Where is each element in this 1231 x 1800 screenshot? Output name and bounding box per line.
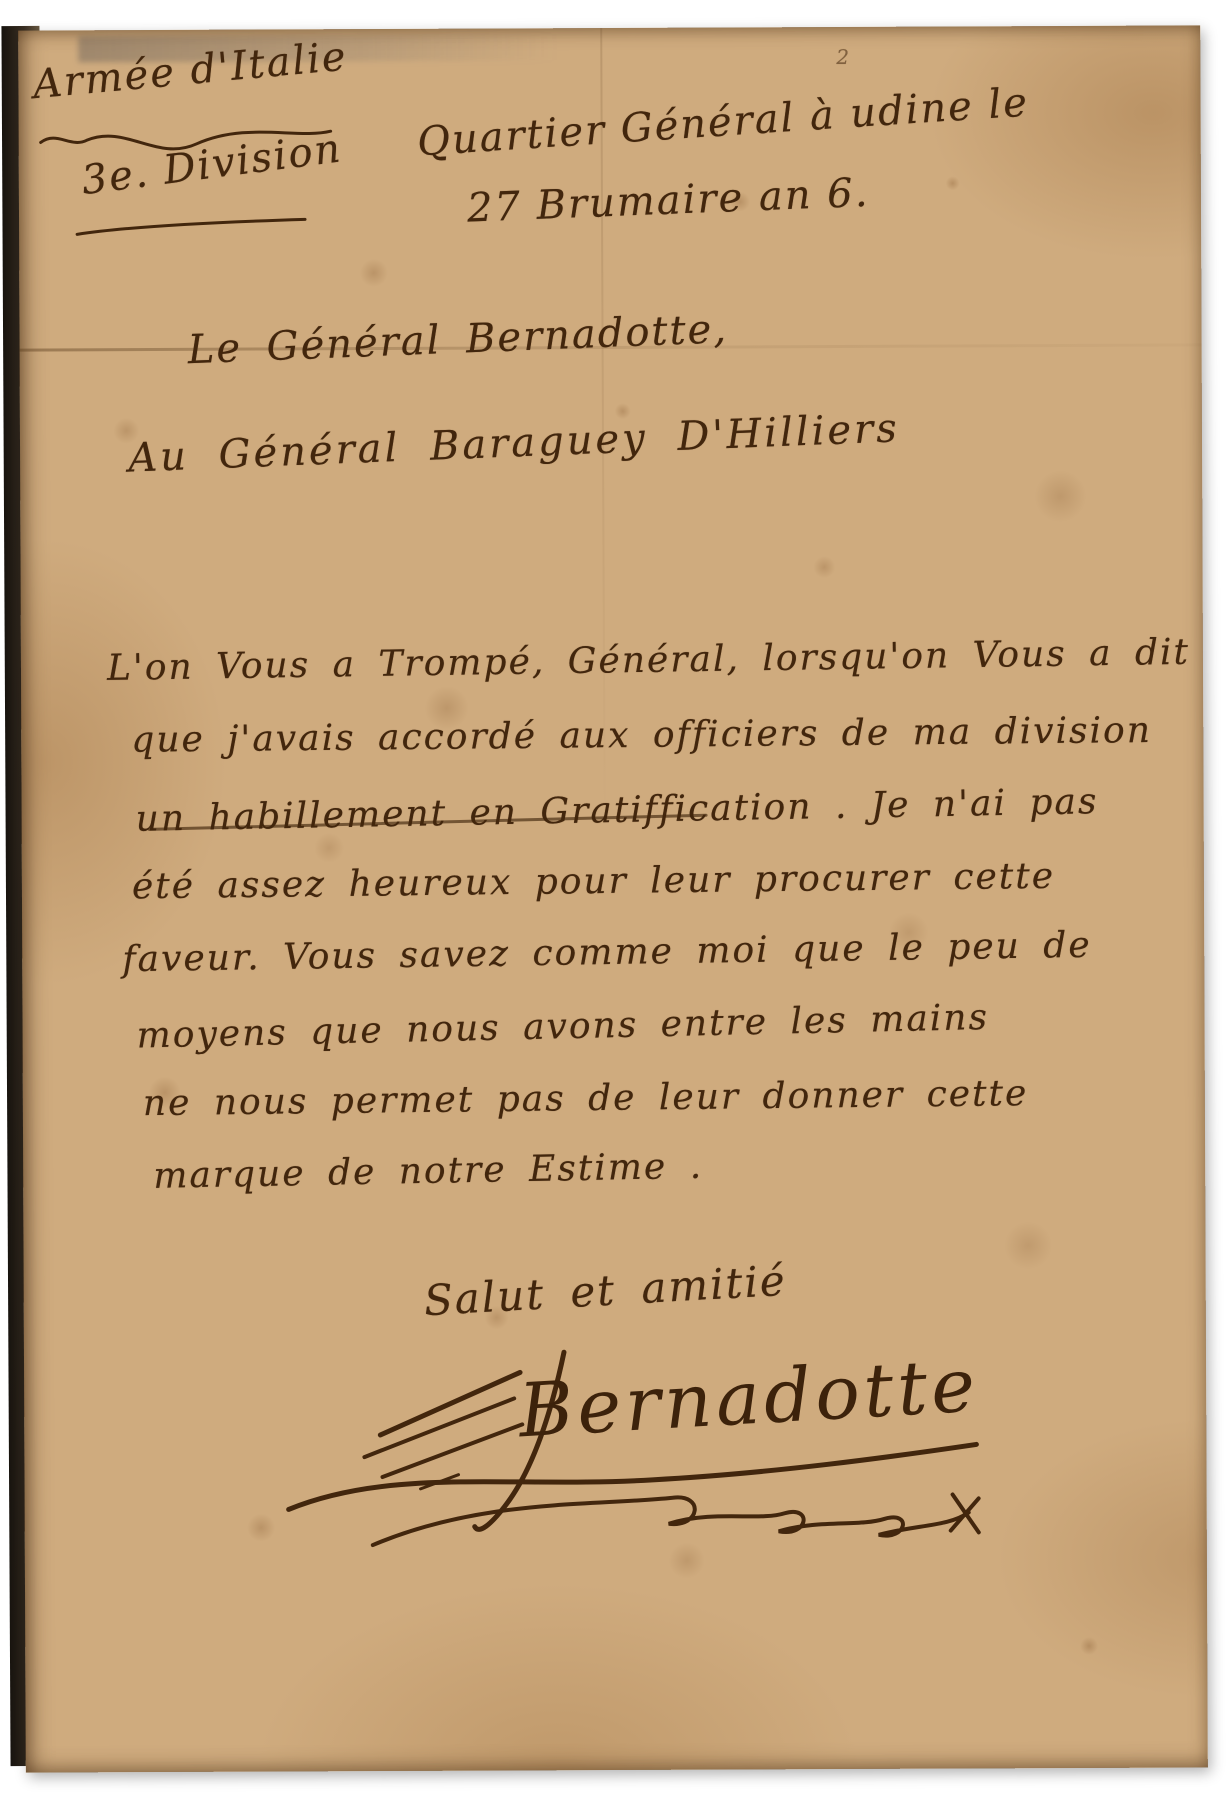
- body-line-3: un habillement en Gratiffication . Je n'…: [135, 781, 1098, 840]
- signature-flourish: Bernadotte: [252, 1336, 993, 1589]
- sender-line: Le Général Bernadotte,: [187, 306, 729, 373]
- signature-hatch-3: [382, 1424, 522, 1477]
- body-line-4: été assez heureux pour leur procurer cet…: [132, 856, 1056, 907]
- scanned-letter-photo: { "letter": { "corner_mark": "2", "unit"…: [0, 0, 1231, 1800]
- division-underline: [71, 215, 311, 240]
- signature-block: Bernadotte: [252, 1336, 993, 1589]
- closing-salutation: Salut et amitié: [423, 1256, 788, 1326]
- dateline-place: Quartier Général à udine le: [416, 80, 1030, 166]
- recipient-line: Au Général Baraguey D'Hilliers: [127, 405, 900, 481]
- body-line-6: moyens que nous avons entre les mains: [136, 997, 989, 1057]
- body-line-7: ne nous permet pas de leur donner cette: [143, 1073, 1029, 1124]
- body-line-8: marque de notre Estime .: [153, 1146, 704, 1197]
- body-line-2: que j'avais accordé aux officiers de ma …: [131, 710, 1152, 761]
- dateline-date: 27 Brumaire an 6.: [466, 170, 870, 232]
- body-line-1: L'on Vous a Trompé, Général, lorsqu'on V…: [107, 632, 1191, 689]
- signature-loop-flourish: [373, 1496, 969, 1545]
- letter-page: Armée d'Italie 3e. Division 2 Quartier G…: [18, 25, 1208, 1772]
- body-line-5: faveur. Vous savez comme moi que le peu …: [122, 925, 1092, 980]
- signature-name: Bernadotte: [514, 1342, 981, 1454]
- corner-numeral: 2: [836, 45, 849, 69]
